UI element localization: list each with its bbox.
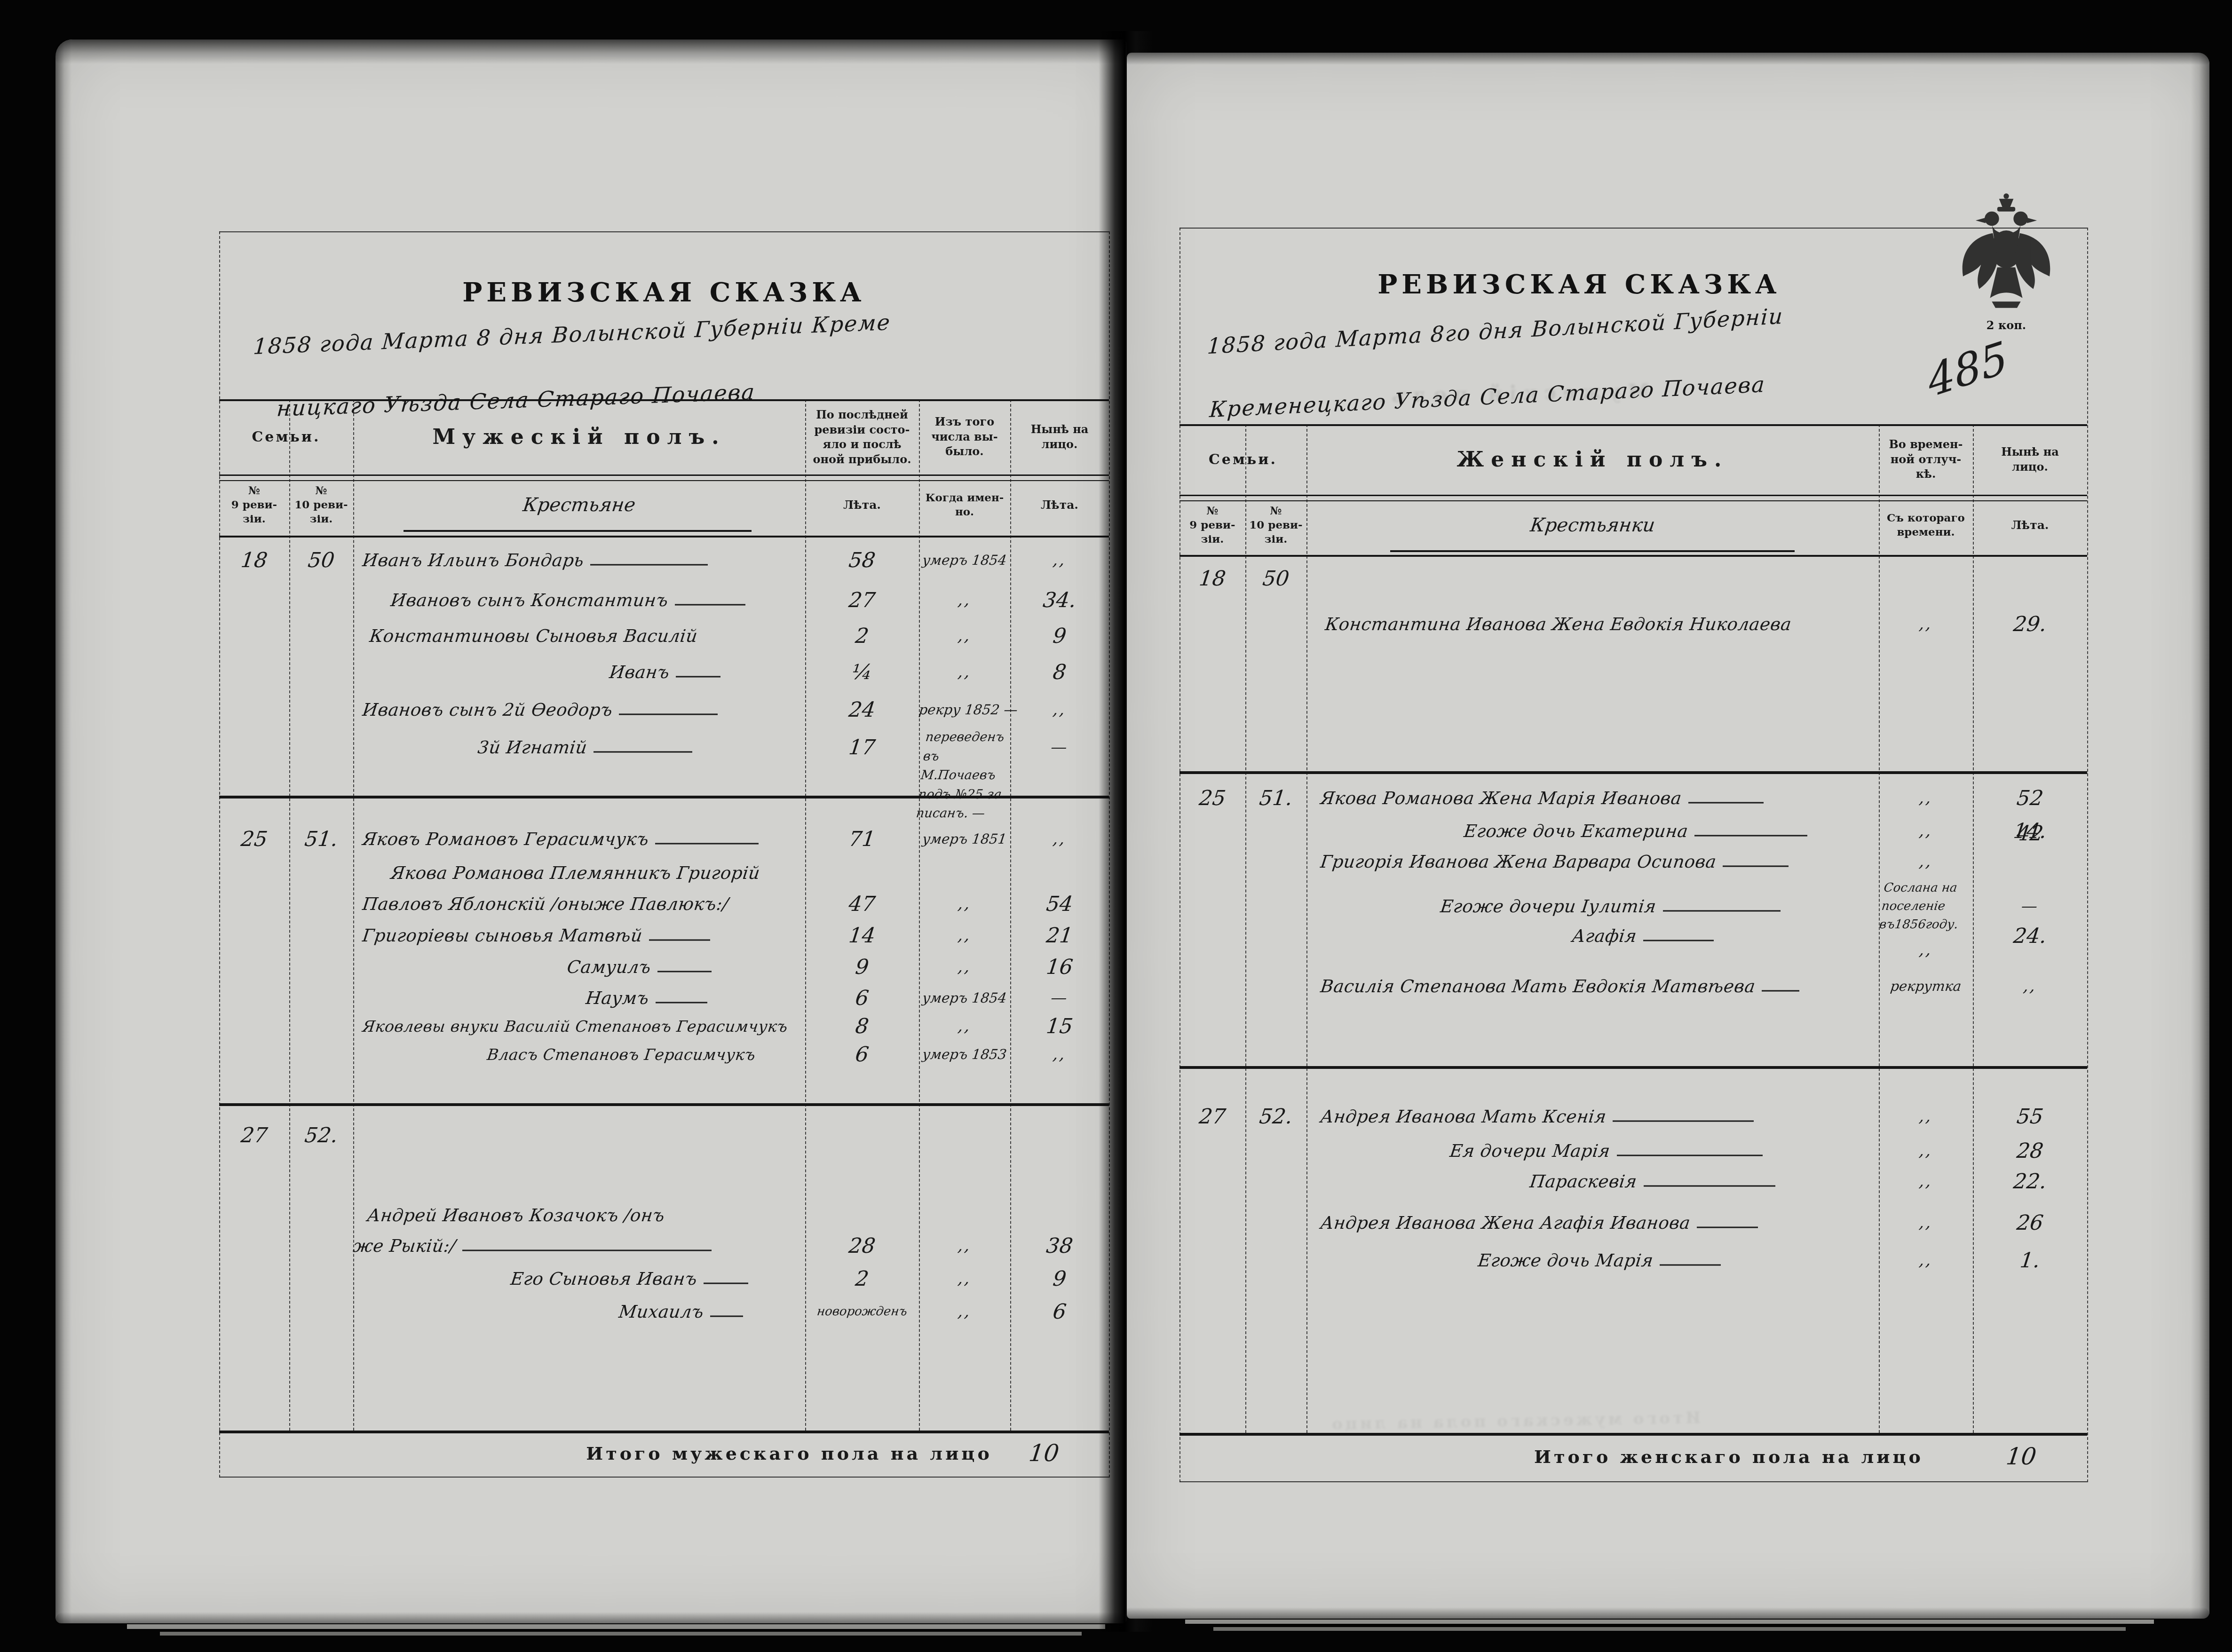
table-border-right — [2087, 228, 2088, 1482]
departure-note: ,, — [918, 1302, 1012, 1321]
ink-rule — [657, 971, 712, 972]
person-name-cell: Василія Степанова Мать Евдокія Матвѣева — [1306, 976, 1893, 996]
ink-rule — [619, 714, 718, 715]
person-name: Константиновы Сыновья Василій — [368, 626, 698, 646]
subcol-9th-revision: № 9 реви- зіи. — [219, 484, 289, 526]
age-at-last-revision: 2 — [804, 624, 920, 648]
person-name: Андрея Иванова Мать Ксенія — [1319, 1107, 1607, 1127]
table-border-top — [1179, 228, 2087, 229]
person-name: Самуилъ — [566, 957, 652, 977]
departure-note: ,, — [918, 626, 1012, 645]
subcol-9th-revision: № 9 реви- зіи. — [1179, 504, 1245, 546]
male-total-label: Итого мужескаго пола на лицо — [563, 1443, 1015, 1464]
subcol-10th-revision: № 10 реви- зіи. — [289, 484, 353, 526]
person-name: Агафія — [1571, 926, 1638, 946]
subcol-years-now: Лѣта. — [1010, 498, 1109, 513]
ink-rule — [675, 604, 745, 606]
age-now: ,, — [1009, 830, 1110, 848]
age-now: ,, — [1009, 551, 1110, 569]
departure-note: ,, — [918, 894, 1012, 913]
person-name: Яковъ Романовъ Герасимчукъ — [361, 829, 650, 849]
age-now: — — [1009, 988, 1110, 1007]
absence-note: ,, — [1878, 1107, 1974, 1126]
col-header-male-sex: Мужескій полъ. — [353, 425, 805, 449]
family-no-10th-revision: 50 — [1244, 567, 1308, 591]
col-header-families: Семьи. — [1179, 451, 1306, 468]
totals-separator-line — [1179, 1433, 2087, 1436]
table-border-left — [219, 231, 220, 1478]
age-at-last-revision: 6 — [804, 1043, 920, 1067]
absence-note: ,, — [1878, 1172, 1974, 1191]
departure-note: ,, — [918, 1017, 1012, 1035]
departure-note: ,, — [918, 663, 1012, 681]
ink-rule — [1697, 1227, 1758, 1228]
person-name-cell: Константиновы Сыновья Василій — [353, 626, 822, 646]
absence-note: рекрутка — [1878, 978, 1974, 994]
person-name-cell: Андрея Иванова Жена Агафія Иванова — [1306, 1213, 1893, 1233]
ink-bleed-ghost: Итого мужескаго пола на лицо — [1329, 1408, 1701, 1434]
header-middle-line — [1179, 495, 2087, 501]
person-name-cell: Григорія Иванова Жена Варвара Осипова — [1306, 852, 1893, 872]
table-border-left — [1179, 228, 1180, 1482]
age-now: 54 — [1009, 892, 1110, 916]
person-name: Якова Романова Жена Марія Иванова — [1319, 788, 1683, 808]
table-border-top — [219, 231, 1109, 232]
age-at-last-revision: 9 — [804, 955, 920, 979]
age-now: ,, — [1009, 700, 1110, 719]
ink-rule — [1688, 802, 1764, 804]
person-name-cell: Яковлевы внуки Василій Степановъ Герасим… — [353, 1017, 815, 1035]
ink-rule — [1663, 910, 1781, 912]
absence-note: ,, — [1878, 615, 1974, 633]
age-at-last-revision: ¼ — [804, 660, 920, 684]
ink-rule — [676, 676, 720, 678]
col-header-now-present: Нынѣ на лицо. — [1010, 422, 1109, 451]
handwritten-page-number: 485 — [1924, 332, 2011, 407]
header-bottom-line — [1179, 555, 2087, 557]
age-at-last-revision: 24 — [804, 698, 920, 722]
person-name: Якова Романова Племянникъ Григорій — [389, 863, 761, 883]
age-now: 38 — [1009, 1234, 1110, 1258]
col-header-prev-revision: По послѣдней ревизіи состо- яло и послѣ … — [805, 407, 919, 467]
age-at-last-revision: 14 — [804, 924, 920, 948]
person-name: Михаилъ — [617, 1302, 704, 1322]
ink-rule — [704, 1283, 748, 1284]
header-top-line — [1179, 424, 2087, 426]
person-name: Егоже дочери Іулитія — [1439, 896, 1657, 917]
absence-note: ,, — [1878, 822, 1974, 840]
page-bottom-edge-shadow — [55, 1612, 1127, 1623]
female-total-label: Итого женскаго пола на лицо — [1484, 1446, 1973, 1467]
age-now: 29. — [1971, 612, 2089, 636]
age-at-last-revision: 28 — [804, 1234, 920, 1258]
person-name: Иванъ Ильинъ Бондарь — [361, 550, 585, 570]
ink-rule — [1723, 866, 1789, 867]
heading-date-line-1: 1858 года Марта 8 дня Волынской Губерніи… — [253, 309, 892, 359]
table-border-bottom — [219, 1477, 1109, 1478]
ink-rule — [1762, 990, 1799, 992]
subcol-years-now: Лѣта. — [1973, 518, 2087, 533]
age-now: — — [1009, 738, 1110, 757]
age-now: 26 — [1971, 1211, 2089, 1235]
page-stack-edge — [1185, 1620, 2154, 1624]
family-no-9th-revision: 27 — [218, 1123, 291, 1147]
family-separator-line — [219, 1103, 1109, 1106]
person-name-cell: Якова Романова Племянникъ Григорій — [353, 863, 843, 883]
family-separator-line — [1179, 771, 2087, 774]
person-name: Ея дочери Марія — [1448, 1141, 1611, 1161]
departure-note: переведенъ въ М.Почаевъ подъ №25 за писа… — [913, 728, 1018, 823]
subcol-years-prev: Лѣта. — [805, 498, 919, 513]
person-name-cell: Григоріевы сыновья Матвѣй — [353, 925, 815, 946]
ink-rule — [462, 1250, 712, 1251]
person-name: Его Сыновья Иванъ — [509, 1269, 698, 1289]
ink-rule — [1390, 550, 1795, 552]
person-name-cell: Яковъ Романовъ Герасимчукъ — [353, 829, 815, 849]
person-name: Параскевія — [1528, 1171, 1638, 1192]
family-separator-line — [1179, 1066, 2087, 1069]
person-name-cell: Константина Иванова Жена Евдокія Николае… — [1306, 614, 1898, 634]
person-name: Константина Иванова Жена Евдокія Николае… — [1324, 614, 1792, 634]
ink-rule — [655, 843, 759, 845]
family-no-9th-revision: 18 — [218, 548, 291, 572]
person-name: Егоже дочь Марія — [1477, 1250, 1654, 1271]
age-now: 16 — [1009, 955, 1110, 979]
person-name-cell: Андрея Иванова Мать Ксенія — [1306, 1107, 1893, 1127]
departure-note: умеръ 1854 — [918, 552, 1011, 568]
age-now: 24. — [1971, 924, 2089, 948]
page-left-edge-shadow — [55, 40, 71, 1623]
person-name-cell: Ивановъ сынъ Константинъ — [353, 590, 843, 610]
col-header-families: Семьи. — [219, 429, 353, 445]
age-at-last-revision: 17 — [804, 735, 920, 759]
person-name: Андрей Ивановъ Козачокъ /онъ — [366, 1205, 665, 1225]
age-now: 34. — [1009, 588, 1110, 612]
age-now: 1. — [1971, 1249, 2089, 1273]
age-now: — — [1972, 897, 2089, 916]
absence-note: ,, — [1878, 1141, 1974, 1160]
age-at-last-revision: 2 — [804, 1267, 920, 1291]
age-now: 9 — [1009, 624, 1110, 648]
person-name: Григорія Иванова Жена Варвара Осипова — [1319, 852, 1718, 872]
heading-date-line-1: 1858 года Марта 8го дня Волынской Губерн… — [1206, 303, 1784, 359]
header-bottom-line — [219, 536, 1109, 537]
person-name: Ивановъ сынъ Константинъ — [389, 590, 669, 610]
page-top-edge-shadow — [55, 40, 1127, 64]
header-middle-line — [219, 474, 1109, 481]
person-name-cell: Якова Романова Жена Марія Иванова — [1306, 788, 1893, 808]
person-name: 3й Игнатій — [476, 737, 588, 758]
page-stack-edge — [1213, 1627, 2126, 1631]
age-now: 21 — [1009, 924, 1110, 948]
departure-note: ,, — [918, 1269, 1012, 1288]
ink-rule — [1644, 1186, 1775, 1187]
person-name-cell: Ивановъ сынъ 2й Ѳеодоръ — [353, 700, 815, 720]
person-name: Григоріевы сыновья Матвѣй — [361, 925, 643, 946]
col-header-temporarily-absent: Во времен- ной отлуч- кѣ. — [1879, 437, 1973, 482]
age-now: 42 — [1971, 822, 2089, 846]
subcol-peasants-label: Крестьянки — [1305, 514, 1880, 536]
absence-note: ,, — [1878, 789, 1974, 807]
age-at-last-revision: 27 — [804, 588, 920, 612]
ink-rule — [1694, 835, 1807, 837]
person-name-cell: Андрей Ивановъ Козачокъ /онъ — [353, 1205, 819, 1225]
family-no-10th-revision: 51. — [1244, 786, 1308, 810]
col-header-departed: Изъ того числа вы- было. — [919, 414, 1010, 459]
page-stack-edge — [127, 1624, 1105, 1629]
left-page: РЕВИЗСКАЯ СКАЗКА 1858 года Марта 8 дня В… — [55, 40, 1127, 1623]
age-now: 28 — [1971, 1139, 2089, 1163]
departure-note: ,, — [918, 957, 1012, 976]
ink-rule — [594, 751, 692, 753]
subcol-when-exactly: Когда имен- но. — [919, 491, 1010, 519]
col-header-now-present: Нынѣ на лицо. — [1973, 444, 2087, 474]
age-now: 6 — [1009, 1300, 1110, 1324]
person-name-cell: Павловъ Яблонскій /оныже Павлюкъ:/ — [353, 894, 815, 914]
family-no-10th-revision: 52. — [1244, 1105, 1308, 1129]
age-now: 9 — [1009, 1267, 1110, 1291]
ink-rule — [649, 940, 710, 941]
age-at-last-revision: новорожденъ — [804, 1304, 920, 1319]
age-at-last-revision: 6 — [804, 986, 920, 1010]
family-no-10th-revision: 52. — [288, 1123, 355, 1147]
person-name: Павловъ Яблонскій /оныже Павлюкъ:/ — [361, 894, 729, 914]
departure-note: рекру 1852 — — [918, 702, 1011, 718]
subcol-since-when: Съ котораго времени. — [1879, 511, 1973, 539]
departure-note: умеръ 1854 — [918, 990, 1011, 1006]
double-eagle-stamp-icon — [1952, 189, 2060, 316]
page-stack-edge — [160, 1632, 1082, 1636]
person-name: Василія Степанова Мать Евдокія Матвѣева — [1319, 976, 1757, 996]
heading-date-line-2: Кременецкаго Уѣзда Села Стараго Почаева — [1209, 372, 1766, 422]
page-title: РЕВИЗСКАЯ СКАЗКА — [219, 277, 1109, 308]
page-bottom-edge-shadow — [1127, 1607, 2209, 1619]
age-at-last-revision: 58 — [804, 548, 920, 572]
person-name: Андрея Иванова Жена Агафія Иванова — [1319, 1213, 1691, 1233]
ink-rule — [404, 530, 752, 532]
age-now: 55 — [1971, 1105, 2089, 1129]
page-right-edge-shadow — [2191, 53, 2209, 1619]
page-title: РЕВИЗСКАЯ СКАЗКА — [1179, 269, 1979, 300]
person-name: Иванъ — [608, 662, 671, 682]
family-no-9th-revision: 25 — [218, 827, 291, 851]
age-at-last-revision: 8 — [804, 1014, 920, 1038]
age-now: 52 — [1971, 786, 2089, 810]
ink-rule — [710, 1316, 743, 1317]
totals-separator-line — [219, 1431, 1109, 1433]
age-now: 8 — [1009, 660, 1110, 684]
person-name: же Рыкій:/ — [352, 1236, 457, 1256]
header-top-line — [219, 399, 1109, 401]
page-top-edge-shadow — [1127, 53, 2209, 65]
person-name-cell: же Рыкій:/ — [353, 1236, 805, 1256]
person-name: Яковлевы внуки Василій Степановъ Герасим… — [362, 1017, 789, 1035]
ink-rule — [656, 1002, 707, 1004]
age-now: 22. — [1971, 1170, 2089, 1194]
person-name: Наумъ — [585, 988, 650, 1008]
family-separator-line — [219, 796, 1109, 798]
absence-note: ,, — [1878, 1251, 1974, 1270]
age-now: ,, — [1972, 977, 2089, 996]
ink-rule — [1643, 940, 1714, 941]
table-border-bottom — [1179, 1481, 2087, 1482]
departure-note: умеръ 1853 — [918, 1046, 1011, 1062]
right-page: Мужескій полъ. Итого мужескаго пола на л… — [1127, 53, 2209, 1619]
person-name: Егоже дочь Екатерина — [1463, 821, 1689, 841]
ink-rule — [1617, 1155, 1763, 1156]
stamp-denomination: 2 коп. — [1955, 318, 2058, 332]
family-no-9th-revision: 25 — [1178, 786, 1247, 810]
ink-rule — [1660, 1265, 1721, 1266]
age-now: ,, — [1009, 1045, 1110, 1064]
family-no-9th-revision: 18 — [1178, 567, 1247, 591]
absence-note: ,, — [1878, 941, 1974, 959]
absence-note: ,, — [1878, 1213, 1974, 1232]
person-name: Власъ Степановъ Герасимчукъ — [486, 1045, 757, 1064]
age-at-last-revision: 71 — [804, 827, 920, 851]
age-at-last-revision: 47 — [804, 892, 920, 916]
family-no-9th-revision: 27 — [1178, 1105, 1247, 1129]
family-no-10th-revision: 51. — [288, 827, 355, 851]
col-header-female-sex: Женскій полъ. — [1306, 448, 1879, 472]
absence-note: ,, — [1878, 852, 1974, 871]
departure-note: ,, — [918, 591, 1012, 609]
departure-note: умеръ 1851 — [918, 831, 1011, 847]
person-name: Ивановъ сынъ 2й Ѳеодоръ — [361, 700, 614, 720]
subcol-peasants-label: Крестьяне — [352, 494, 807, 516]
departure-note: ,, — [918, 926, 1012, 945]
family-no-10th-revision: 50 — [288, 548, 355, 572]
departure-note: ,, — [918, 1236, 1012, 1255]
person-name-cell: Иванъ Ильинъ Бондарь — [353, 550, 815, 570]
ink-rule — [590, 564, 708, 566]
scanned-book-photo: { "left": { "title": "РЕВИЗСКАЯ СКАЗКА",… — [0, 0, 2232, 1652]
female-total-value: 10 — [1981, 1443, 2102, 1470]
subcol-10th-revision: № 10 реви- зіи. — [1245, 504, 1306, 546]
ink-rule — [1613, 1121, 1754, 1122]
age-now: 15 — [1009, 1014, 1110, 1038]
